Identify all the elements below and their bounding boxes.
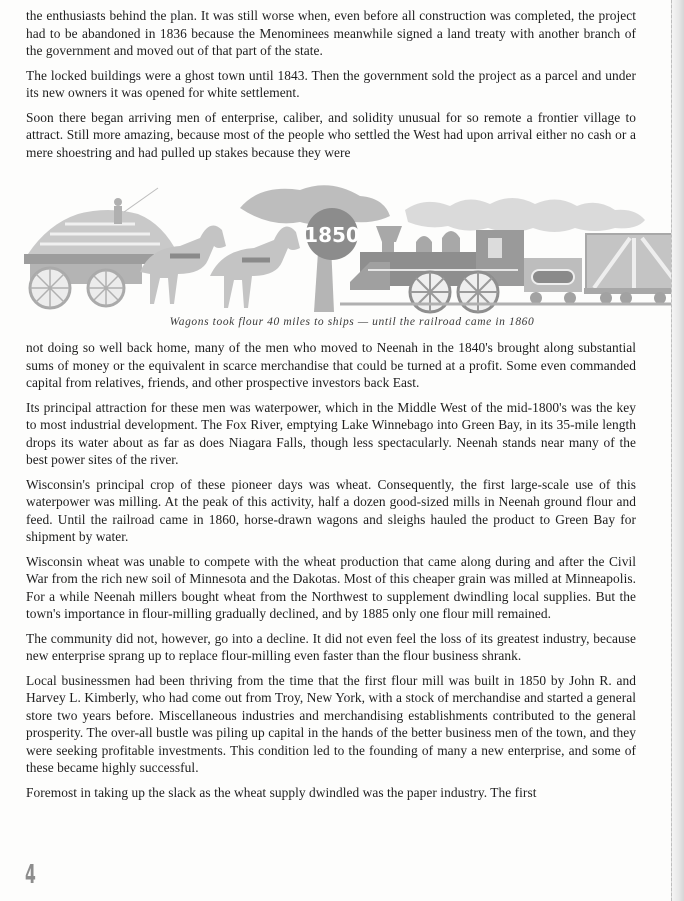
smoke-cloud-icon — [405, 198, 645, 232]
paragraph: The community did not, however, go into … — [26, 630, 636, 665]
tender-car-icon — [524, 258, 582, 304]
paragraph: the enthusiasts behind the plan. It was … — [26, 7, 636, 60]
wagon-and-train-illustration: 1850 — [20, 182, 684, 322]
year-sign-text: 1850 — [304, 223, 360, 247]
paragraph: Wisconsin wheat was unable to compete wi… — [26, 553, 636, 623]
paragraph: Its principal attraction for these men w… — [26, 399, 636, 469]
paragraph: Wisconsin's principal crop of these pion… — [26, 476, 636, 546]
text-column-top: the enthusiasts behind the plan. It was … — [26, 7, 636, 168]
boxcar-icon — [584, 234, 684, 304]
paragraph: The locked buildings were a ghost town u… — [26, 67, 636, 102]
illustration-caption: Wagons took flour 40 miles to ships — un… — [0, 316, 684, 328]
paragraph: not doing so well back home, many of the… — [26, 339, 636, 392]
caption-text: Wagons took flour 40 miles to ships — un… — [150, 316, 535, 328]
book-page: the enthusiasts behind the plan. It was … — [0, 0, 684, 901]
paragraph: Local businessmen had been thriving from… — [26, 672, 636, 777]
paragraph: Soon there began arriving men of enterpr… — [26, 109, 636, 162]
text-column-bottom: not doing so well back home, many of the… — [26, 339, 636, 808]
paragraph: Foremost in taking up the slack as the w… — [26, 784, 636, 802]
page-number: 4 — [25, 860, 36, 890]
page-binding-edge — [671, 0, 684, 901]
steam-locomotive-icon — [350, 226, 524, 312]
